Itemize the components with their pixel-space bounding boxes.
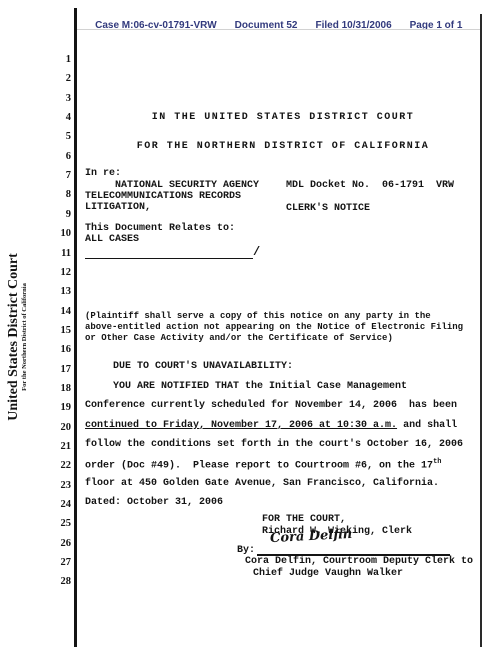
line-number: 2	[53, 73, 71, 84]
caption-relates-label: This Document Relates to:	[85, 223, 235, 234]
caption-close-rule	[85, 250, 253, 259]
court-name-vertical: United States District Court	[7, 232, 22, 442]
line-number: 7	[53, 170, 71, 181]
line-number: 14	[53, 306, 71, 317]
body-line4: follow the conditions set forth in the c…	[85, 439, 463, 450]
line-number: 5	[53, 131, 71, 142]
dated-line: Dated: October 31, 2006	[85, 497, 223, 508]
line-number: 11	[53, 248, 71, 259]
body-line3-rest: and shall	[397, 420, 457, 431]
body-line3-underlined: continued to Friday, November 17, 2006 a…	[85, 420, 397, 431]
line-number: 8	[53, 189, 71, 200]
line-number: 6	[53, 151, 71, 162]
body-line5-ordinal: th	[433, 458, 441, 466]
line-number: 23	[53, 480, 71, 491]
caption-notice-type: CLERK'S NOTICE	[286, 203, 370, 214]
ecf-stamp: Case M:06-cv-01791-VRWDocument 52Filed 1…	[84, 9, 480, 42]
court-title-line2: FOR THE NORTHERN DISTRICT OF CALIFORNIA	[85, 141, 481, 152]
pleading-left-rule	[74, 8, 77, 647]
signature-deputy-line1: Cora Delfin, Courtroom Deputy Clerk to	[245, 556, 473, 567]
line-number: 25	[53, 518, 71, 529]
line-number: 3	[53, 93, 71, 104]
line-number: 1	[53, 54, 71, 65]
body-line1: YOU ARE NOTIFIED THAT the Initial Case M…	[113, 381, 407, 392]
signature-deputy-line2: Chief Judge Vaughn Walker	[253, 568, 403, 579]
court-document-page: Case M:06-cv-01791-VRWDocument 52Filed 1…	[0, 0, 500, 647]
body-line2: Conference currently scheduled for Novem…	[85, 400, 457, 411]
service-note-line2: above-entitled action not appearing on t…	[85, 322, 463, 332]
district-name-vertical: For the Northern District of California	[22, 232, 29, 442]
body-line6: floor at 450 Golden Gate Avenue, San Fra…	[85, 478, 439, 489]
service-note-line3: or Other Case Activity and/or the Certif…	[85, 333, 393, 343]
line-number: 4	[53, 112, 71, 123]
line-number: 21	[53, 441, 71, 452]
caption-relates-value: ALL CASES	[85, 234, 139, 245]
service-note-line1: (Plaintiff shall serve a copy of this no…	[85, 311, 431, 321]
body-line5: order (Doc #49). Please report to Courtr…	[85, 458, 441, 471]
caption-docket-number: MDL Docket No. 06-1791 VRW	[286, 180, 454, 191]
notice-heading: DUE TO COURT'S UNAVAILABILITY:	[113, 361, 293, 372]
line-number: 13	[53, 286, 71, 297]
line-number: 12	[53, 267, 71, 278]
signature-by-label: By:	[237, 545, 255, 556]
line-number: 15	[53, 325, 71, 336]
caption-party-2: TELECOMMUNICATIONS RECORDS	[85, 191, 241, 202]
line-number: 22	[53, 460, 71, 471]
line-number: 16	[53, 344, 71, 355]
line-number: 28	[53, 576, 71, 587]
line-number: 20	[53, 422, 71, 433]
line-number: 27	[53, 557, 71, 568]
vertical-court-label: United States District Court For the Nor…	[7, 232, 53, 442]
line-number: 10	[53, 228, 71, 239]
caption-close-slash: /	[253, 245, 260, 259]
pleading-right-rule	[480, 14, 482, 647]
line-number: 26	[53, 538, 71, 549]
line-number: 9	[53, 209, 71, 220]
line-number: 18	[53, 383, 71, 394]
stamp-rule	[74, 29, 482, 30]
line-number: 19	[53, 402, 71, 413]
caption-in-re: In re:	[85, 168, 121, 179]
line-number: 24	[53, 499, 71, 510]
caption-party-3: LITIGATION,	[85, 202, 151, 213]
body-line5-text: order (Doc #49). Please report to Courtr…	[85, 460, 433, 471]
caption-party-1: NATIONAL SECURITY AGENCY	[115, 180, 259, 191]
signature-for-court: FOR THE COURT,	[262, 514, 346, 525]
body-line3: continued to Friday, November 17, 2006 a…	[85, 420, 457, 431]
line-number: 17	[53, 364, 71, 375]
court-title-line1: IN THE UNITED STATES DISTRICT COURT	[85, 112, 481, 123]
